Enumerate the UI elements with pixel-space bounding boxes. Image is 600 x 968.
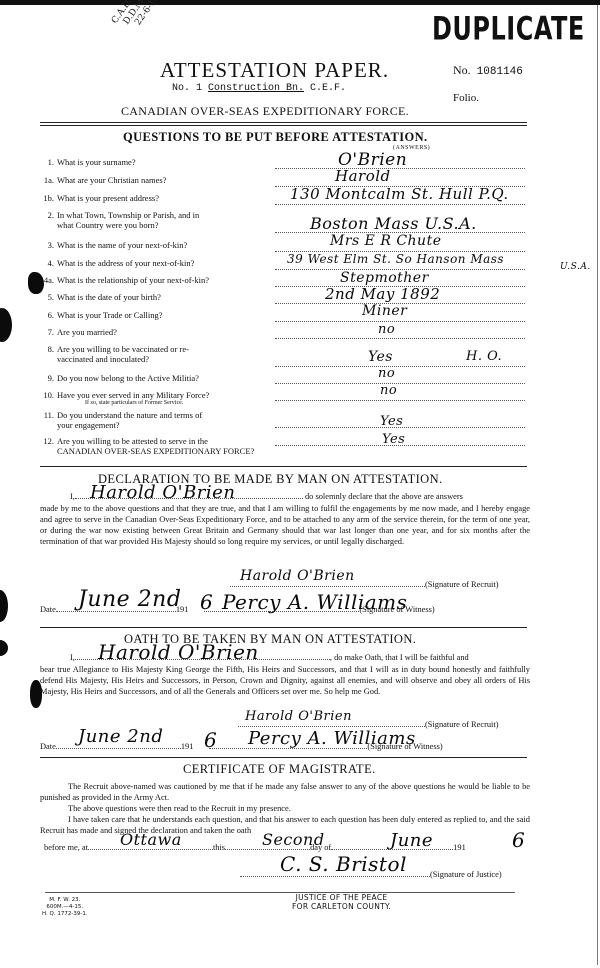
question-3: 3.What is the name of your next-of-kin? bbox=[40, 240, 187, 250]
question-10-note: If so, state particulars of Former Servi… bbox=[40, 400, 209, 406]
answer-next-of-kin-address-country: U.S.A. bbox=[560, 262, 591, 272]
document-title: ATTESTATION PAPER. bbox=[160, 58, 389, 83]
magistrate-paragraph: The above questions were then read to th… bbox=[40, 803, 530, 814]
magistrate-place: Ottawa bbox=[120, 830, 182, 849]
magistrate-year-digit: 6 bbox=[512, 828, 525, 852]
unit-prefix: No. 1 bbox=[172, 83, 208, 94]
answer-line bbox=[275, 204, 525, 205]
oath-date: June 2nd bbox=[78, 726, 163, 747]
magistrate-divider bbox=[45, 892, 515, 893]
declaration-recruit-signature: Harold O'Brien bbox=[240, 568, 355, 584]
answer-next-of-kin-name: Mrs E R Chute bbox=[330, 233, 441, 249]
answer-present-address: 130 Montcalm St. Hull P.Q. bbox=[290, 185, 509, 203]
magistrate-paragraph: The Recruit above-named was cautioned by… bbox=[40, 781, 530, 803]
scan-top-border bbox=[0, 0, 600, 5]
declaration-divider bbox=[40, 627, 527, 628]
declaration-year-digit: 6 bbox=[200, 590, 213, 614]
magistrate-text: The Recruit above-named was cautioned by… bbox=[40, 781, 530, 836]
regimental-number: No. 1081146 bbox=[453, 63, 523, 78]
magistrate-month: June bbox=[390, 830, 433, 851]
question-4a: 4a.What is the relationship of your next… bbox=[40, 275, 209, 285]
question-10: 10.Have you ever served in any Military … bbox=[40, 390, 209, 406]
header-divider bbox=[40, 122, 527, 126]
answer-next-of-kin-address: 39 West Elm St. So Hanson Mass bbox=[287, 252, 504, 266]
answer-birthplace: Boston Mass U.S.A. bbox=[310, 214, 477, 233]
declaration-witness-signature: Percy A. Williams bbox=[222, 590, 407, 614]
question-4: 4.What is the address of your next-of-ki… bbox=[40, 258, 194, 268]
justice-title: JUSTICE OF THE PEACE FOR CARLETON COUNTY… bbox=[292, 893, 391, 911]
answer-line bbox=[275, 321, 525, 322]
answer-line bbox=[275, 400, 525, 401]
answer-line bbox=[275, 366, 525, 367]
duplicate-label: DUPLICATE bbox=[432, 10, 585, 48]
question-2: 2.In what Town, Township or Parish, and … bbox=[40, 210, 199, 230]
answer-married: no bbox=[378, 322, 395, 337]
number-value: 1081146 bbox=[477, 66, 523, 78]
answer-relationship: Stepmother bbox=[340, 270, 429, 286]
magistrate-day: Second bbox=[262, 830, 325, 849]
question-9: 9.Do you now belong to the Active Militi… bbox=[40, 373, 199, 383]
unit-line: No. 1 Construction Bn. C.E.F. bbox=[172, 83, 346, 94]
oath-text: bear true Allegiance to His Majesty King… bbox=[40, 664, 530, 697]
answer-birth-date: 2nd May 1892 bbox=[325, 285, 440, 303]
answer-vaccinated-initials: H. O. bbox=[466, 349, 502, 364]
oath-divider bbox=[40, 757, 527, 758]
question-6: 6.What is your Trade or Calling? bbox=[40, 310, 163, 320]
question-8: 8.Are you willing to be vaccinated or re… bbox=[40, 344, 189, 364]
scan-right-edge bbox=[597, 5, 598, 965]
question-1: 1.What is your surname? bbox=[40, 157, 136, 167]
answer-military-service: no bbox=[380, 383, 397, 398]
form-codes: M. F. W. 23. 600M.—4-15. H. Q. 1772-39-1… bbox=[42, 897, 88, 918]
question-1b: 1b.What is your present address? bbox=[40, 193, 159, 203]
folio-label: Folio. bbox=[453, 92, 479, 104]
force-name: CANADIAN OVER-SEAS EXPEDITIONARY FORCE. bbox=[121, 104, 409, 119]
question-7: 7.Are you married? bbox=[40, 327, 117, 337]
punch-hole-mark bbox=[0, 640, 8, 656]
form-code: 600M.—4-15. bbox=[42, 904, 88, 911]
date-stamp: C.A.D. D.D.M. 22-6-16 bbox=[110, 0, 161, 37]
unit-suffix: C.E.F. bbox=[304, 83, 346, 94]
answer-line bbox=[275, 383, 525, 384]
answer-line bbox=[275, 338, 525, 339]
question-5: 5.What is the date of your birth? bbox=[40, 292, 161, 302]
answer-vaccinated: Yes bbox=[368, 349, 393, 365]
form-code: M. F. W. 23. bbox=[42, 897, 88, 904]
oath-recruit-signature: Harold O'Brien bbox=[245, 709, 352, 724]
punch-hole-mark bbox=[0, 590, 8, 622]
justice-title-line: FOR CARLETON COUNTY. bbox=[292, 902, 391, 911]
oath-year-digit: 6 bbox=[204, 728, 217, 752]
number-label: No. bbox=[453, 63, 471, 77]
question-12: 12.Are you willing to be attested to ser… bbox=[40, 436, 254, 456]
punch-hole-mark bbox=[0, 308, 12, 342]
question-1a: 1a.What are your Christian names? bbox=[40, 175, 167, 185]
declaration-recruit-name: Harold O'Brien bbox=[90, 482, 235, 503]
answer-active-militia: no bbox=[378, 366, 395, 381]
answer-understand-terms: Yes bbox=[380, 414, 403, 429]
magistrate-heading: CERTIFICATE OF MAGISTRATE. bbox=[183, 762, 376, 777]
unit-name: Construction Bn. bbox=[208, 83, 304, 94]
answer-trade: Miner bbox=[362, 303, 407, 319]
ink-blot bbox=[28, 272, 44, 294]
magistrate-signature: C. S. Bristol bbox=[280, 852, 407, 876]
question-11: 11.Do you understand the nature and term… bbox=[40, 410, 202, 430]
questions-divider bbox=[40, 466, 527, 467]
oath-witness-signature: Percy A. Williams bbox=[248, 728, 416, 749]
form-code: H. Q. 1772-39-1. bbox=[42, 911, 88, 918]
answer-willing-to-serve: Yes bbox=[382, 432, 405, 447]
ink-blot bbox=[30, 680, 42, 708]
questions-heading: QUESTIONS TO BE PUT BEFORE ATTESTATION. bbox=[123, 130, 428, 145]
oath-recruit-name: Harold O'Brien bbox=[98, 640, 259, 664]
declaration-date: June 2nd bbox=[78, 587, 181, 612]
answer-christian-names: Harold bbox=[335, 167, 391, 185]
declaration-text: made by me to the above questions and th… bbox=[40, 503, 530, 547]
justice-title-line: JUSTICE OF THE PEACE bbox=[292, 893, 391, 902]
